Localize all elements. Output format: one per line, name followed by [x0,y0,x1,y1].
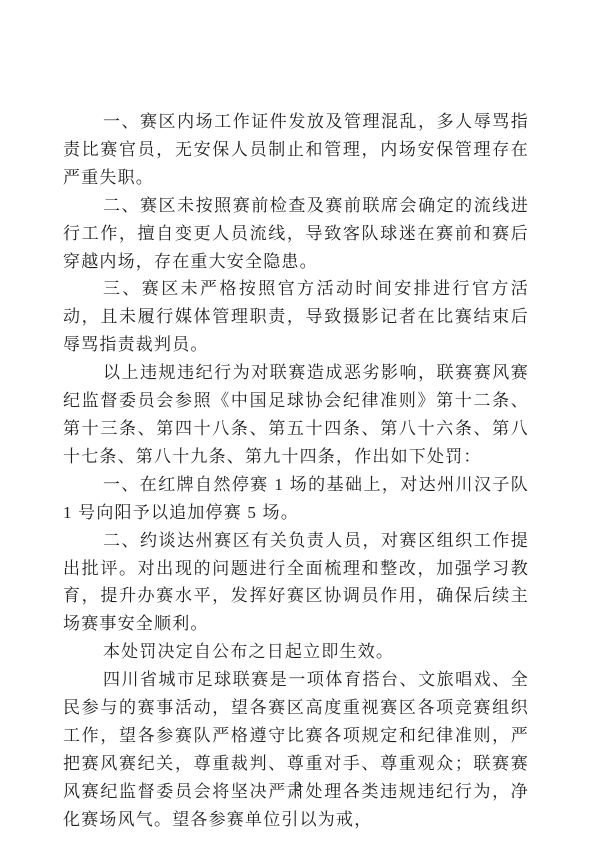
document-page: 一、赛区内场工作证件发放及管理混乱，多人辱骂指责比赛官员，无安保人员制止和管理，… [0,0,595,841]
footer-left-dash: — [275,778,288,793]
footer-right-dash: — [307,778,320,793]
paragraph-5: 一、在红牌自然停赛 1 场的基础上，对达州川汉子队 1 号向阳予以追加停赛 5 … [63,471,529,527]
paragraph-1: 一、赛区内场工作证件发放及管理混乱，多人辱骂指责比赛官员，无安保人员制止和管理，… [63,108,529,192]
paragraph-7: 本处罚决定自公布之日起立即生效。 [63,638,529,666]
paragraph-6: 二、约谈达州赛区有关负责人员，对赛区组织工作提出批评。对出现的问题进行全面梳理和… [63,527,529,639]
paragraph-4: 以上违规违纪行为对联赛造成恶劣影响，联赛赛风赛纪监督委员会参照《中国足球协会纪律… [63,359,529,471]
paragraph-2: 二、赛区未按照赛前检查及赛前联席会确定的流线进行工作，擅自变更人员流线，导致客队… [63,192,529,276]
paragraph-3: 三、赛区未严格按照官方活动时间安排进行官方活动，且未履行媒体管理职责，导致摄影记… [63,275,529,359]
page-footer: —2— [0,776,595,797]
paragraph-8: 四川省城市足球联赛是一项体育搭台、文旅唱戏、全民参与的赛事活动，望各赛区高度重视… [63,666,529,833]
document-body: 一、赛区内场工作证件发放及管理混乱，多人辱骂指责比赛官员，无安保人员制止和管理，… [63,108,529,834]
page-number: 2 [294,779,302,795]
